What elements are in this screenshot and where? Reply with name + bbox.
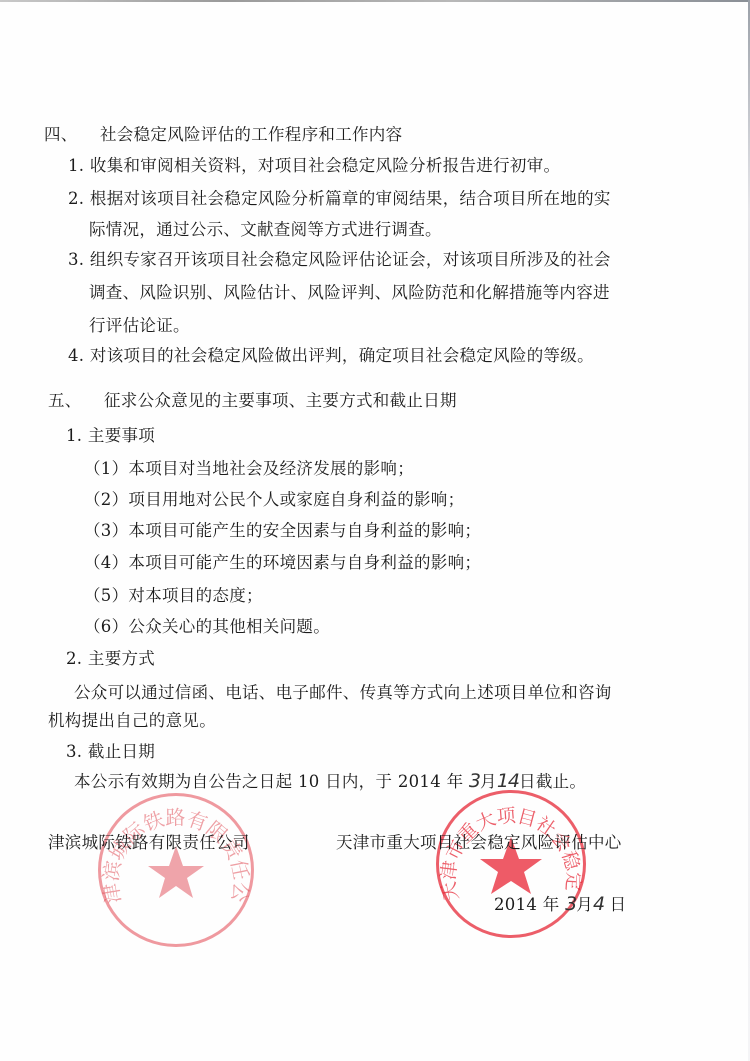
- list-item: 4. 对该项目的社会稳定风险做出评判，确定项目社会稳定风险的等级。: [68, 345, 594, 367]
- subsection-heading: 3. 截止日期: [66, 741, 155, 763]
- signature-left-org: 津滨城际铁路有限责任公司: [48, 832, 250, 854]
- item-label: 1.: [68, 156, 84, 175]
- subsection-label: 3.: [66, 742, 82, 761]
- list-item: （3）本项目可能产生的安全因素与自身利益的影响；: [84, 520, 481, 542]
- list-item: （2）项目用地对公民个人或家庭自身利益的影响；: [84, 489, 464, 511]
- list-item: 3. 组织专家召开该项目社会稳定风险评估论证会，对该项目所涉及的社会: [68, 249, 611, 271]
- list-item: 1. 收集和审阅相关资料，对项目社会稳定风险分析报告进行初审。: [68, 155, 560, 177]
- document-page: 四、社会稳定风险评估的工作程序和工作内容 1. 收集和审阅相关资料，对项目社会稳…: [0, 0, 750, 1061]
- subsection-heading: 1. 主要事项: [66, 425, 155, 447]
- section-number: 五、: [48, 390, 104, 412]
- handwritten-day: 4: [593, 893, 604, 915]
- item-continuation: 际情况，通过公示、文献查阅等方式进行调查。: [89, 219, 442, 241]
- item-continuation: 行评估论证。: [89, 315, 190, 337]
- handwritten-day: 14: [497, 770, 519, 792]
- subsection-label: 1.: [66, 426, 82, 445]
- list-item: （4）本项目可能产生的环境因素与自身利益的影响；: [84, 552, 481, 574]
- item-text: 组织专家召开该项目社会稳定风险评估论证会，对该项目所涉及的社会: [90, 250, 611, 269]
- signature-date: 2014 年 3月4 日: [494, 893, 626, 916]
- handwritten-month: 3: [565, 893, 576, 915]
- item-label: 3.: [68, 250, 84, 269]
- section-title: 征求公众意见的主要事项、主要方式和截止日期: [104, 391, 457, 410]
- month-unit: 月: [480, 772, 497, 791]
- handwritten-month: 3: [469, 770, 480, 792]
- paragraph-text: 机构提出自己的意见。: [48, 710, 216, 732]
- day-unit: 日: [610, 895, 627, 914]
- list-item: （6）公众关心的其他相关问题。: [84, 616, 330, 638]
- subsection-title: 截止日期: [88, 742, 155, 761]
- deadline-prefix: 本公示有效期为自公告之日起 10 日内，于 2014 年: [74, 772, 463, 791]
- list-item: （5）对本项目的态度；: [84, 585, 263, 607]
- item-text: 收集和审阅相关资料，对项目社会稳定风险分析报告进行初审。: [90, 156, 560, 175]
- list-item: 2. 根据对该项目社会稳定风险分析篇章的审阅结果，结合项目所在地的实: [68, 188, 611, 210]
- scan-edge: [0, 0, 750, 2]
- item-continuation: 调查、风险识别、风险估计、风险评判、风险防范和化解措施等内容进: [89, 282, 610, 304]
- subsection-title: 主要方式: [88, 649, 155, 668]
- item-text: 根据对该项目社会稳定风险分析篇章的审阅结果，结合项目所在地的实: [90, 189, 611, 208]
- month-unit: 月: [576, 895, 593, 914]
- list-item: （1）本项目对当地社会及经济发展的影响；: [84, 458, 414, 480]
- subsection-label: 2.: [66, 649, 82, 668]
- section-title: 社会稳定风险评估的工作程序和工作内容: [100, 125, 402, 144]
- item-label: 2.: [68, 189, 84, 208]
- subsection-title: 主要事项: [88, 426, 155, 445]
- subsection-heading: 2. 主要方式: [66, 648, 155, 670]
- seal-graphic: 津滨城际铁路有限责任公司: [101, 796, 251, 944]
- company-seal-left: 津滨城际铁路有限责任公司: [98, 793, 254, 947]
- date-year: 2014 年: [494, 895, 560, 914]
- section-heading-4: 四、社会稳定风险评估的工作程序和工作内容: [44, 124, 402, 146]
- paragraph-text: 公众可以通过信函、电话、电子邮件、传真等方式向上述项目单位和咨询: [74, 682, 612, 704]
- section-number: 四、: [44, 124, 100, 146]
- item-text: 对该项目的社会稳定风险做出评判，确定项目社会稳定风险的等级。: [90, 346, 594, 365]
- section-heading-5: 五、征求公众意见的主要事项、主要方式和截止日期: [48, 390, 457, 412]
- deadline-suffix: 日截止。: [519, 772, 586, 791]
- item-label: 4.: [68, 346, 84, 365]
- signature-right-org: 天津市重大项目社会稳定风险评估中心: [336, 832, 622, 854]
